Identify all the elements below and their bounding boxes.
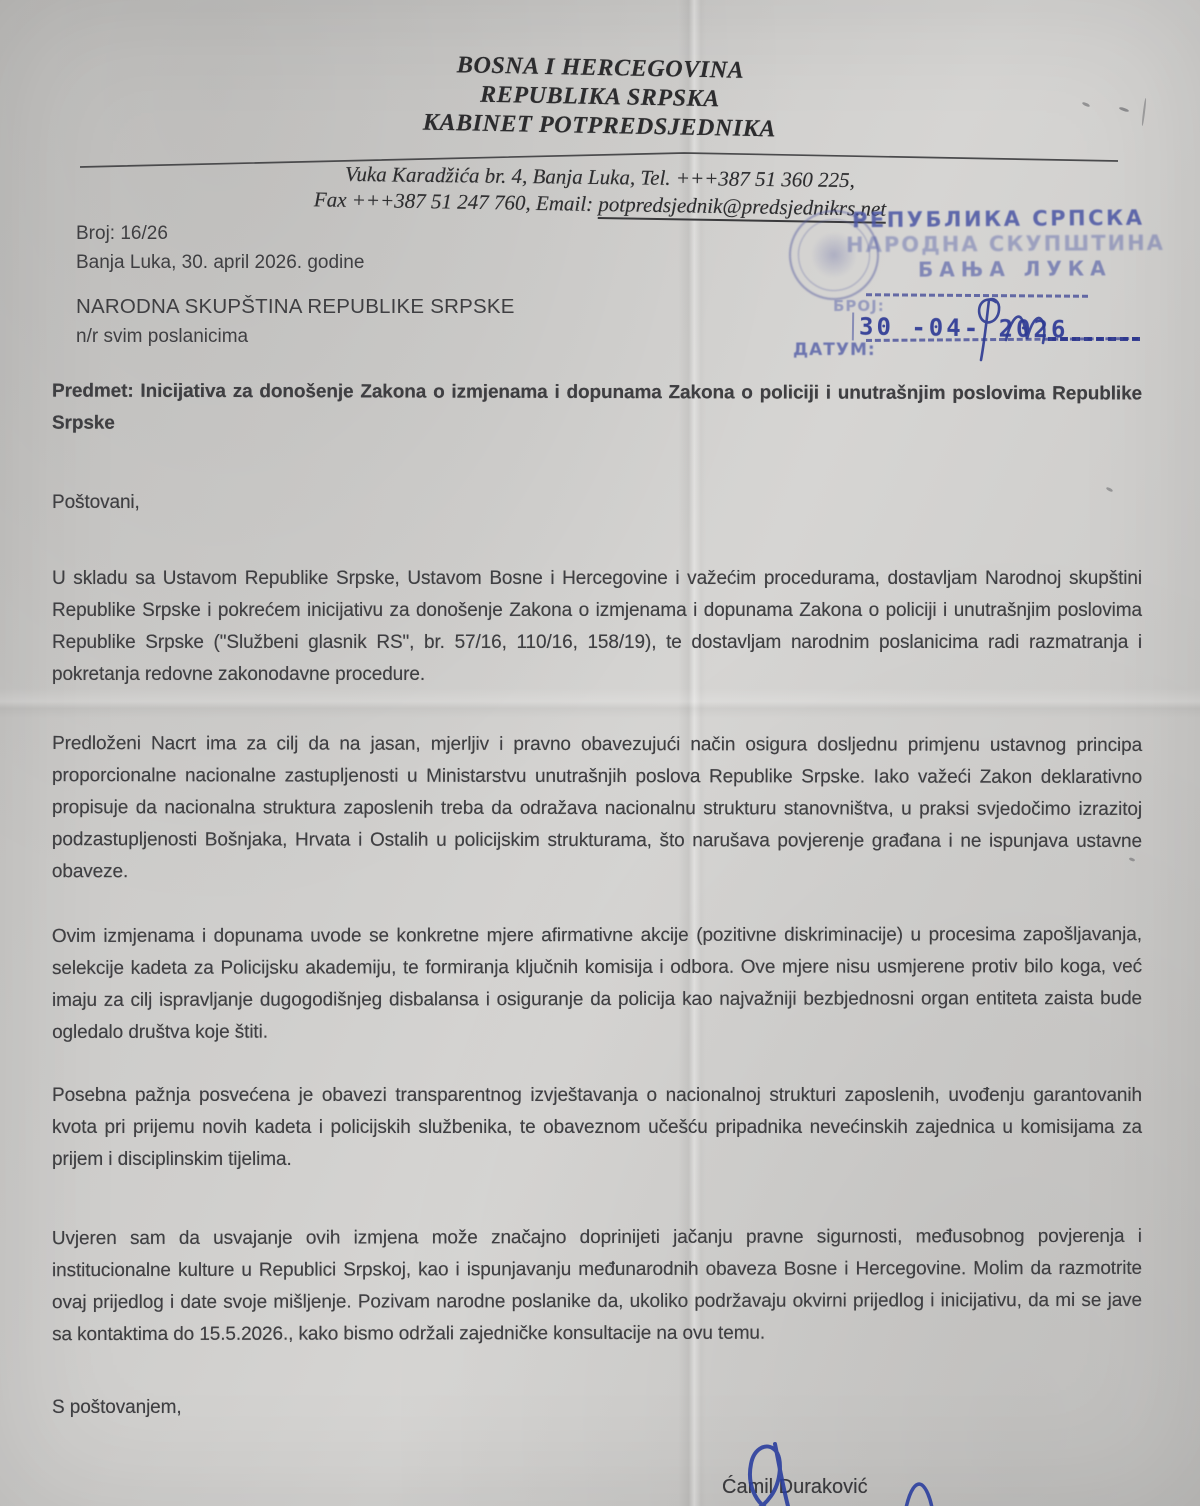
recipient-name: NARODNA SKUPŠTINA REPUBLIKE SRPSKE [76,292,515,322]
receipt-stamp-line2: НАРОДНА СКУПШТИНА [846,231,1165,257]
handwritten-signature [735,1438,825,1506]
receipt-stamp-date-label: ДАТУМ: [793,340,876,360]
salutation: Poštovani, [52,487,1142,519]
receipt-stamp-line1: РЕПУБЛИКА СРПСКА [852,206,1145,233]
horizontal-fold-crease [0,688,1200,718]
recipient-attention: n/r svim poslanicima [76,322,515,352]
letter-paragraph: Ovim izmjenama i dopunama uvode se konkr… [52,919,1142,1049]
recipient-block: NARODNA SKUPŠTINA REPUBLIKE SRPSKE n/r s… [76,292,515,352]
reference-block: Broj: 16/26 Banja Luka, 30. april 2026. … [76,219,364,277]
letter-paragraph: Posebna pažnja posvećena je obavezi tran… [52,1080,1142,1176]
subject-line: Predmet: Inicijativa za donošenje Zakona… [52,376,1142,443]
fax-prefix: Fax +++387 51 247 760, Email: [314,187,599,216]
reference-place-date: Banja Luka, 30. april 2026. godine [76,248,364,277]
handwritten-signature-flourish [903,1478,943,1506]
receipt-stamp-line3: БАЊА ЛУКА [918,256,1112,281]
reference-number: Broj: 16/26 [76,219,364,248]
handwritten-initials [968,290,1058,365]
letter-paragraph: U skladu sa Ustavom Republike Srpske, Us… [52,563,1142,691]
letter-paragraph: Predloženi Nacrt ima za cilj da na jasan… [52,728,1142,890]
scanned-letter-page: BOSNA I HERCEGOVINA REPUBLIKA SRPSKA KAB… [0,0,1200,1506]
letter-paragraph: Uvjeren sam da usvajanje ovih izmjena mo… [52,1221,1142,1351]
letterhead: BOSNA I HERCEGOVINA REPUBLIKA SRPSKA KAB… [0,42,1200,152]
closing-phrase: S poštovanjem, [52,1392,1142,1424]
